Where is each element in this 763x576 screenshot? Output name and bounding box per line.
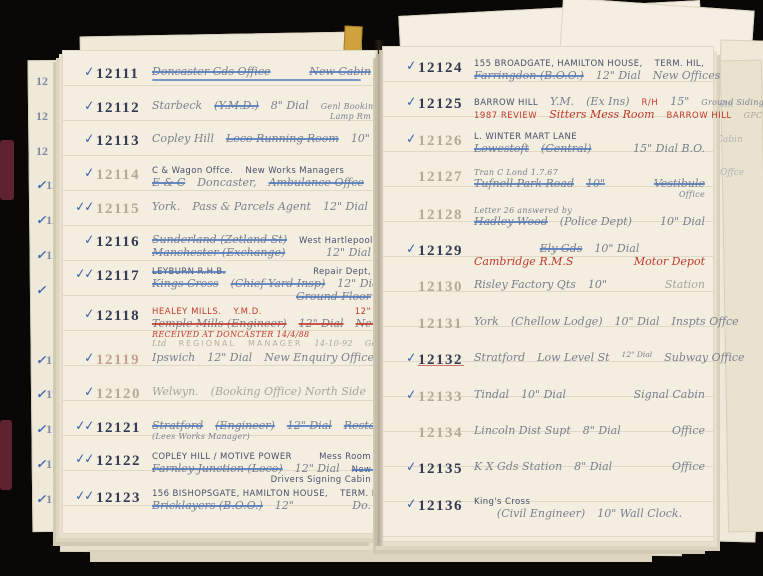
entry-content: HEALEY MILLS.Y.M.D.12"Temple Mills (Engi…: [152, 307, 371, 348]
check-tick-icon: ✓: [83, 488, 93, 504]
handwritten-text: Lincoln Dist Supt: [474, 424, 571, 437]
tick-marks: ✓: [389, 351, 418, 366]
entry-content: StratfordLow Level St12" DialSubway Offi…: [474, 351, 705, 364]
handwritten-text: 12" Dial: [295, 462, 340, 475]
tick-marks: ✓: [67, 385, 96, 400]
handwritten-text: Tufnell Park Road: [474, 177, 574, 190]
tick-marks: ✓: [67, 65, 96, 80]
ledger-entry-row: ✓✓12117LEYBURN R.H.B.Repair Dept,Kings C…: [67, 267, 371, 303]
handwritten-text: Ely Gds: [540, 242, 583, 255]
handwritten-text: R/H: [642, 98, 659, 108]
handwritten-text: 12" Dial: [287, 419, 332, 432]
handwritten-text: Ground Floor: [296, 290, 371, 303]
entry-content: Starbeck(Y.M.D.)8" DialGenl Booking Offc…: [152, 99, 371, 121]
ledger-book-photo: Stn Cabin Offce 121212✓120✓12✓1✓✓1✓17✓1✓…: [0, 0, 763, 576]
handwritten-text: (Lees Works Manager): [152, 432, 250, 441]
tick-marks: ✓✓: [67, 200, 96, 215]
entry-text-line: Ely Gds10" Dial: [474, 242, 705, 255]
handwritten-text: Copley Hill: [152, 132, 214, 145]
entry-content: C & Wagon Offce.New Works ManagersE & CD…: [152, 166, 371, 189]
entry-content: York.Pass & Parcels Agent12" DialAgents …: [152, 200, 371, 213]
entry-text-line: Bricklayers (B.O.O.)12"Do.: [152, 499, 371, 512]
entry-text-line: Doncaster Gds OfficeNew Cabin: [152, 65, 371, 78]
handwritten-text: Welwyn.: [152, 385, 199, 398]
entry-number: 12121: [96, 419, 152, 437]
ledger-entry-row: ✓12135K X Gds Station8" DialOffice: [389, 460, 705, 490]
check-tick-icon: ✓: [405, 131, 415, 147]
ledger-entry-row: ✓✓12123156 BISHOPSGATE, HAMILTON HOUSE,T…: [67, 489, 371, 519]
handwritten-text: Doncaster Gds Office: [152, 65, 271, 78]
handwritten-text: Mess Room: [319, 452, 371, 462]
check-tick-icon: ✓: [405, 242, 415, 258]
entry-text-line: 156 BISHOPSGATE, HAMILTON HOUSE,TERM. HI…: [152, 489, 371, 499]
cutoff-entry-number: ✓12: [36, 213, 62, 243]
handwritten-text: 8" Dial: [271, 99, 309, 112]
check-tick-icon: ✓: [36, 353, 46, 367]
entry-number: 12129: [418, 242, 474, 260]
entry-text-line: K X Gds Station8" DialOffice: [474, 460, 705, 473]
book-gutter: [374, 40, 384, 546]
handwritten-text: (Police Dept): [560, 215, 632, 228]
entry-text-line: E & CDoncaster,Ambulance Offce8" Double …: [152, 176, 371, 189]
handwritten-text: 12" Dial: [622, 350, 653, 359]
handwritten-text: Vestibule: [654, 177, 705, 190]
entry-number: 12112: [96, 99, 152, 117]
entry-number: 12133: [418, 388, 474, 406]
ledger-entry-row: ✓12133Tindal10" DialSignal Cabin: [389, 388, 705, 418]
cutoff-entry-number: ✓17: [36, 387, 62, 417]
handwritten-text: BARROW HILL: [474, 98, 538, 108]
check-tick-icon: ✓: [36, 213, 46, 227]
handwritten-text: GPC 4/7/89 Cabin: [744, 111, 763, 120]
tick-marks: ✓: [67, 132, 96, 147]
entry-text-line: Kings Cross(Chief Yard Insp)12" Dial: [152, 277, 371, 290]
handwritten-text: 12" Dial: [207, 351, 252, 364]
book-cover-spine: [0, 140, 14, 200]
entry-content: Tindal10" DialSignal Cabin: [474, 388, 705, 401]
check-tick-icon: ✓: [405, 387, 415, 403]
tick-marks: ✓✓: [67, 267, 96, 282]
entry-text-line: 155 BROADGATE, HAMILTON HOUSE,TERM. HIL,: [474, 59, 705, 69]
entry-text-line: Temple Mills (Engineer)12" DialNew Amb R…: [152, 317, 371, 330]
check-tick-icon: ✓: [36, 387, 46, 401]
handwritten-text: Ambulance Offce: [269, 176, 364, 189]
entry-text-line: Ground Floor: [152, 290, 371, 303]
ledger-entry-row: ✓12120Welwyn.(Booking Office) North Side…: [67, 385, 371, 415]
check-tick-icon: ✓: [405, 59, 415, 75]
ledger-entry-row: ✓✓12115York.Pass & Parcels Agent12" Dial…: [67, 200, 371, 230]
ledger-entry-row: ✓✓12122COPLEY HILL / MOTIVE POWERMess Ro…: [67, 452, 371, 485]
ledger-entry-row: ✓12136King's Cross(Civil Engineer)10" Wa…: [389, 497, 705, 527]
entry-content: COPLEY HILL / MOTIVE POWERMess RoomFarnl…: [152, 452, 371, 485]
tick-marks: ✓✓: [67, 419, 96, 434]
ledger-entry-row: 12134Lincoln Dist Supt8" DialOffice: [389, 424, 705, 454]
entry-number: 12132: [418, 351, 474, 369]
handwritten-text: Pass & Parcels Agent: [192, 200, 311, 213]
handwritten-text: 12" Dial: [596, 69, 641, 82]
book-cover-spine: [0, 420, 12, 490]
entry-text-line: Starbeck(Y.M.D.)8" DialGenl Booking Offc…: [152, 99, 371, 112]
entry-text-line: C & Wagon Offce.New Works Managers: [152, 166, 371, 176]
handwritten-text: Manchester (Exchange): [152, 246, 285, 259]
handwritten-text: Drivers Signing Cabin: [271, 475, 371, 485]
handwritten-text: K X Gds Station: [474, 460, 562, 473]
cutoff-entry-number: 12: [36, 144, 62, 174]
handwritten-text: Subway Office: [664, 351, 744, 364]
cutoff-entry-number: [36, 318, 62, 348]
entry-number: 12114: [96, 166, 152, 184]
entry-content: BARROW HILLY.M.(Ex Ins)R/H15"Ground Sidi…: [474, 95, 705, 121]
handwritten-text: 8" Dial: [574, 460, 612, 473]
entry-text-line: Cambridge R.M.SMotor Depot: [474, 255, 705, 268]
check-tick-icon: ✓: [83, 98, 93, 114]
handwritten-text: Y.M.: [550, 95, 574, 108]
check-tick-icon: ✓: [83, 306, 93, 322]
tick-marks: ✓: [389, 59, 418, 74]
check-tick-icon: ✓: [405, 496, 415, 512]
handwritten-text: 10": [588, 278, 607, 291]
ledger-right-page: ✓12124155 BROADGATE, HAMILTON HOUSE,TERM…: [382, 46, 714, 542]
entry-number: 12135: [418, 460, 474, 478]
check-tick-icon: ✓: [36, 422, 46, 436]
handwritten-text: York.: [152, 200, 180, 213]
left-margin-numbers: 121212✓120✓12✓1✓✓1✓17✓1✓1✓1: [36, 74, 62, 522]
entry-content: LEYBURN R.H.B.Repair Dept,Kings Cross(Ch…: [152, 267, 371, 303]
entry-text-line: Letter 26 answered by: [474, 206, 705, 215]
entry-number: 12130: [418, 278, 474, 296]
edge-writing-fragment: Offce: [720, 168, 744, 178]
tick-marks: ✓: [389, 388, 418, 403]
check-tick-icon: ✓: [405, 351, 415, 367]
handwritten-text: Ltd: [152, 339, 167, 348]
ledger-entry-row: 12131York(Chellow Lodge)10" DialInspts O…: [389, 315, 705, 345]
entry-text-line: RECEIVED AT DONCASTER 14/4/88: [152, 330, 371, 339]
tick-marks: ✓: [67, 233, 96, 248]
handwritten-text: Ground Sidings Stacks: [701, 98, 763, 107]
entry-content: 155 BROADGATE, HAMILTON HOUSE,TERM. HIL,…: [474, 59, 705, 82]
handwritten-text: (Y.M.D.): [214, 99, 259, 112]
handwritten-text: 155 BROADGATE, HAMILTON HOUSE,: [474, 59, 643, 69]
handwritten-text: 10" Dial: [521, 388, 566, 401]
entry-number: 12127: [418, 168, 474, 186]
cutoff-entry-number: ✓1: [36, 353, 62, 383]
ledger-entry-row: ✓12126L. WINTER MART LANELowestoft(Centr…: [389, 132, 705, 162]
entry-text-line: Tufnell Park Road10"Vestibule: [474, 177, 705, 190]
handwritten-text: Loco Running Room: [226, 132, 339, 145]
entry-text-line: LEYBURN R.H.B.Repair Dept,: [152, 267, 371, 277]
handwritten-text: (Engineer): [215, 419, 275, 432]
handwritten-text: New Offices: [653, 69, 721, 82]
handwritten-text: 10" Dial: [615, 315, 660, 328]
ledger-entry-row: 12128Letter 26 answered byHadley Wood(Po…: [389, 206, 705, 236]
check-tick-icon: ✓: [36, 492, 46, 506]
handwritten-text: Risley Factory Qts: [474, 278, 576, 291]
handwritten-text: Low Level St: [537, 351, 609, 364]
entry-number: 12113: [96, 132, 152, 150]
entry-text-line: L. WINTER MART LANE: [474, 132, 705, 142]
handwritten-text: E & C: [152, 176, 185, 189]
tick-marks: ✓: [389, 132, 418, 147]
entry-text-line: Ipswich12" DialNew Enquiry Office: [152, 351, 371, 364]
handwritten-text: Ipswich: [152, 351, 195, 364]
entry-text-line: Lincoln Dist Supt8" DialOffice: [474, 424, 705, 437]
entry-content: Doncaster Gds OfficeNew Cabin: [152, 65, 371, 78]
entry-text-line: Welwyn.(Booking Office) North Side12" Di…: [152, 385, 371, 398]
handwritten-text: Inspts Offce: [672, 315, 739, 328]
handwritten-text: New Works Managers: [245, 166, 344, 176]
handwritten-text: 10" Dial: [594, 242, 639, 255]
entry-text-line: 1987 REVIEWSitters Mess RoomBARROW HILLG…: [474, 108, 705, 121]
cutoff-entry-number: ✓1: [36, 457, 62, 487]
ledger-entry-row: ✓12125BARROW HILLY.M.(Ex Ins)R/H15"Groun…: [389, 95, 705, 125]
ledger-entry-row: ✓✓12121Stratford(Engineer)12" DialRestau…: [67, 419, 371, 449]
ledger-entry-row: ✓12124155 BROADGATE, HAMILTON HOUSE,TERM…: [389, 59, 705, 89]
entry-text-line: Stratford(Engineer)12" DialRestaurant Ro…: [152, 419, 371, 432]
ledger-entry-row: ✓12116Sunderland (Zetland St)West Hartle…: [67, 233, 371, 263]
cutoff-entry-number: 12: [36, 74, 62, 104]
handwritten-text: (Booking Office) North Side: [211, 385, 366, 398]
handwritten-text: 12" Dial: [326, 246, 371, 259]
entry-content: York(Chellow Lodge)10" DialInspts Offce: [474, 315, 705, 328]
handwritten-text: Tindal: [474, 388, 509, 401]
entry-text-line: (Civil Engineer)10" Wall Clock.: [474, 507, 705, 520]
entry-number: 12117: [96, 267, 152, 285]
ledger-entry-row: ✓12118HEALEY MILLS.Y.M.D.12"Temple Mills…: [67, 307, 371, 348]
entry-text-line: Copley HillLoco Running Room10" Dial: [152, 132, 371, 145]
handwritten-text: (Chellow Lodge): [511, 315, 603, 328]
entry-text-line: LtdREGIONALMANAGER14-10-92Genl 92: [152, 339, 371, 348]
entry-number: 12120: [96, 385, 152, 403]
handwritten-text: 156 BISHOPSGATE, HAMILTON HOUSE,: [152, 489, 328, 499]
handwritten-text: L. WINTER MART LANE: [474, 132, 577, 142]
entry-text-line: (Lees Works Manager): [152, 432, 371, 441]
entry-text-line: York.Pass & Parcels Agent12" DialAgents …: [152, 200, 371, 213]
entry-content: King's Cross(Civil Engineer)10" Wall Clo…: [474, 497, 705, 520]
entry-number: 12122: [96, 452, 152, 470]
strike-line: [152, 79, 361, 81]
cutoff-entry-number: ✓: [36, 283, 62, 313]
entry-text-line: Manchester (Exchange)12" Dial: [152, 246, 371, 259]
entry-text-line: Risley Factory Qts10"Station: [474, 278, 705, 291]
entry-text-line: BARROW HILLY.M.(Ex Ins)R/H15"Ground Sidi…: [474, 95, 705, 108]
cutoff-entry-number: ✓1: [36, 422, 62, 452]
handwritten-text: 15" Dial B.O.: [633, 142, 705, 155]
handwritten-text: New Cabin: [309, 65, 371, 78]
handwritten-text: MANAGER: [248, 339, 303, 348]
handwritten-text: Starbeck: [152, 99, 202, 112]
ledger-entry-row: 12127Tran C Lond 1.7.67Tufnell Park Road…: [389, 168, 705, 199]
handwritten-text: Do.: [352, 499, 371, 512]
ledger-entry-row: ✓12119Ipswich12" DialNew Enquiry Office: [67, 351, 371, 381]
entry-content: Ely Gds10" DialCambridge R.M.SMotor Depo…: [474, 242, 705, 268]
handwritten-text: Motor Depot: [634, 255, 705, 268]
entry-number: 12125: [418, 95, 474, 113]
tick-marks: ✓: [389, 95, 418, 110]
cutoff-entry-number: ✓1: [36, 492, 62, 522]
page-stack-bottom: [90, 550, 652, 562]
entry-number: 12134: [418, 424, 474, 442]
entry-number: 12128: [418, 206, 474, 224]
handwritten-text: Office: [672, 460, 705, 473]
cutoff-entry-number: ✓120: [36, 178, 62, 208]
ledger-entry-row: ✓12132StratfordLow Level St12" DialSubwa…: [389, 351, 705, 381]
tick-marks: ✓: [67, 99, 96, 114]
handwritten-text: King's Cross: [474, 497, 530, 507]
handwritten-text: (Chief Yard Insp): [231, 277, 326, 290]
handwritten-text: TERM. HIL,: [655, 59, 705, 69]
handwritten-text: RECEIVED AT DONCASTER 14/4/88: [152, 330, 309, 339]
entry-text-line: Sunderland (Zetland St)West HartlepoolGR…: [152, 233, 371, 246]
entry-number: 12126: [418, 132, 474, 150]
handwritten-text: 12": [275, 499, 294, 512]
handwritten-text: REGIONAL: [179, 339, 236, 348]
entry-text-line: York(Chellow Lodge)10" DialInspts Offce: [474, 315, 705, 328]
entry-content: Ipswich12" DialNew Enquiry Office: [152, 351, 371, 364]
handwritten-text: 14-10-92: [314, 339, 352, 348]
handwritten-text: Bricklayers (B.O.O.): [152, 499, 263, 512]
entry-content: Stratford(Engineer)12" DialRestaurant Ro…: [152, 419, 371, 441]
tick-marks: ✓✓: [67, 489, 96, 504]
ledger-entry-row: 12130Risley Factory Qts10"Station: [389, 278, 705, 308]
entry-text-line: COPLEY HILL / MOTIVE POWERMess Room: [152, 452, 371, 462]
handwritten-text: Farnley Junction (Loco): [152, 462, 283, 475]
handwritten-text: Repair Dept,: [313, 267, 371, 277]
entry-content: Letter 26 answered byHadley Wood(Police …: [474, 206, 705, 228]
entry-number: 12123: [96, 489, 152, 507]
handwritten-text: Lamp Rm: [330, 112, 371, 121]
handwritten-text: 12" Dial: [323, 200, 368, 213]
handwritten-text: Letter 26 answered by: [474, 206, 572, 215]
handwritten-text: (Civil Engineer): [497, 507, 585, 520]
handwritten-text: Hadley Wood: [474, 215, 548, 228]
entry-text-line: Tran C Lond 1.7.67: [474, 168, 705, 177]
entry-number: 12131: [418, 315, 474, 333]
tick-marks: ✓: [67, 166, 96, 181]
handwritten-text: Lowestoft: [474, 142, 529, 155]
tick-marks: ✓: [67, 351, 96, 366]
handwritten-text: Kings Cross: [152, 277, 219, 290]
ledger-entry-row: ✓12114C & Wagon Offce.New Works Managers…: [67, 166, 371, 196]
tick-marks: ✓: [389, 460, 418, 475]
check-tick-icon: ✓: [83, 267, 93, 283]
handwritten-text: C & Wagon Offce.: [152, 166, 233, 176]
tick-marks: ✓: [389, 497, 418, 512]
handwritten-text: BARROW HILL: [667, 111, 732, 121]
handwritten-text: Sitters Mess Room: [549, 108, 654, 121]
handwritten-text: COPLEY HILL / MOTIVE POWER: [152, 452, 292, 462]
entry-text-line: Lamp Rm: [152, 112, 371, 121]
check-tick-icon: ✓: [36, 248, 46, 262]
check-tick-icon: ✓: [83, 65, 93, 81]
ledger-entry-row: ✓12129Ely Gds10" DialCambridge R.M.SMoto…: [389, 242, 705, 272]
entry-text-line: Farringdon (B.O.O.)12" DialNew Offices: [474, 69, 705, 82]
check-tick-icon: ✓: [405, 460, 415, 476]
entry-number: 12111: [96, 65, 152, 83]
handwritten-text: Sunderland (Zetland St): [152, 233, 287, 246]
handwritten-text: 10" Wall Clock.: [597, 507, 682, 520]
handwritten-text: York: [474, 315, 499, 328]
handwritten-text: (Central): [541, 142, 591, 155]
handwritten-text: (Ex Ins): [586, 95, 629, 108]
handwritten-text: Y.M.D.: [234, 307, 262, 317]
entry-content: Tran C Lond 1.7.67Tufnell Park Road10"Ve…: [474, 168, 705, 199]
handwritten-text: New Enquiry Office: [264, 351, 374, 364]
check-tick-icon: ✓: [83, 452, 93, 468]
check-tick-icon: ✓: [83, 384, 93, 400]
entry-number: 12136: [418, 497, 474, 515]
handwritten-text: 15": [670, 95, 689, 108]
entry-text-line: Farnley Junction (Loco)12" DialNew Offce: [152, 462, 371, 475]
cutoff-entry-number: ✓1: [36, 248, 62, 278]
entry-content: Welwyn.(Booking Office) North Side12" Di…: [152, 385, 371, 398]
handwritten-text: LEYBURN R.H.B.: [152, 267, 226, 277]
check-tick-icon: ✓: [83, 166, 93, 182]
entry-text-line: Drivers Signing Cabin: [152, 475, 371, 485]
handwritten-text: Tran C Lond 1.7.67: [474, 168, 558, 177]
handwritten-text: 8" Dial: [583, 424, 621, 437]
entry-content: Sunderland (Zetland St)West HartlepoolGR…: [152, 233, 371, 259]
check-tick-icon: ✓: [83, 199, 93, 215]
check-tick-icon: ✓: [83, 418, 93, 434]
entry-number: 12124: [418, 59, 474, 77]
handwritten-text: West Hartlepool: [299, 236, 373, 246]
check-tick-icon: ✓: [405, 95, 415, 111]
handwritten-text: HEALEY MILLS.: [152, 307, 222, 317]
entry-number: 12115: [96, 200, 152, 218]
check-tick-icon: ✓: [36, 283, 46, 297]
entry-text-line: Lowestoft(Central)15" Dial B.O.: [474, 142, 705, 155]
entry-text-line: Office: [474, 190, 705, 199]
handwritten-text: 1987 REVIEW: [474, 111, 537, 121]
ledger-left-page: ✓12111Doncaster Gds OfficeNew Cabin✓1211…: [62, 50, 378, 534]
ledger-entry-row: ✓12112Starbeck(Y.M.D.)8" DialGenl Bookin…: [67, 99, 371, 129]
handwritten-text: Station: [665, 278, 705, 291]
check-tick-icon: ✓: [83, 351, 93, 367]
handwritten-text: Stratford: [474, 351, 525, 364]
handwritten-text: Cambridge R.M.S: [474, 255, 573, 268]
check-tick-icon: ✓: [36, 178, 46, 192]
handwritten-text: Stratford: [152, 419, 203, 432]
entry-number: 12116: [96, 233, 152, 251]
handwritten-text: Farringdon (B.O.O.): [474, 69, 584, 82]
handwritten-text: Doncaster,: [197, 176, 256, 189]
entry-content: Copley HillLoco Running Room10" Dial: [152, 132, 371, 145]
entry-number: 12119: [96, 351, 152, 369]
handwritten-text: Office: [679, 190, 705, 199]
entry-text-line: StratfordLow Level St12" DialSubway Offi…: [474, 351, 705, 364]
tick-marks: ✓✓: [67, 452, 96, 467]
handwritten-text: Temple Mills (Engineer): [152, 317, 287, 330]
handwritten-text: Signal Cabin: [634, 388, 705, 401]
page-stack-right: [720, 60, 763, 533]
entry-text-line: HEALEY MILLS.Y.M.D.12": [152, 307, 371, 317]
tick-marks: ✓: [389, 242, 418, 257]
entry-content: L. WINTER MART LANELowestoft(Central)15"…: [474, 132, 705, 155]
edge-writing-fragment: Cabin: [716, 135, 743, 145]
check-tick-icon: ✓: [83, 132, 93, 148]
entry-text-line: King's Cross: [474, 497, 705, 507]
check-tick-icon: ✓: [36, 457, 46, 471]
ledger-entry-row: ✓12111Doncaster Gds OfficeNew Cabin: [67, 65, 371, 95]
entry-content: Risley Factory Qts10"Station: [474, 278, 705, 291]
handwritten-text: Office: [672, 424, 705, 437]
tick-marks: ✓: [67, 307, 96, 322]
handwritten-text: 10" Dial: [660, 215, 705, 228]
entry-content: K X Gds Station8" DialOffice: [474, 460, 705, 473]
entry-text-line: Hadley Wood(Police Dept)10" Dial: [474, 215, 705, 228]
entry-number: 12118: [96, 307, 152, 325]
handwritten-text: 12" Dial: [299, 317, 344, 330]
